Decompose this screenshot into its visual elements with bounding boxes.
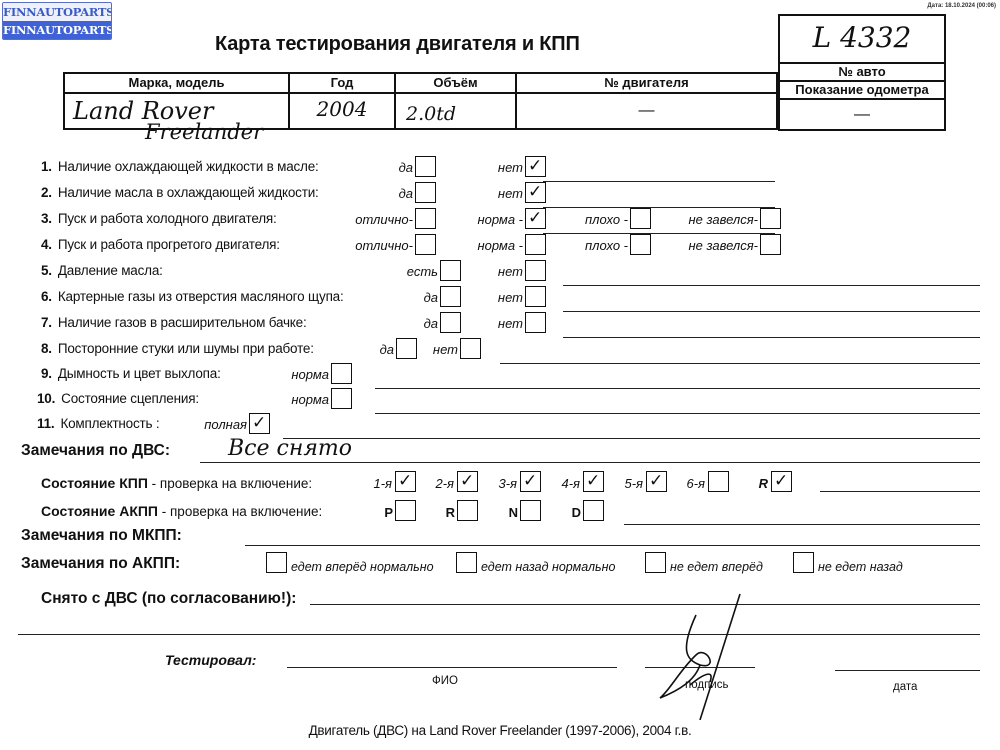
- checklist-item-label: 7.Наличие газов в расширительном бачке:: [41, 315, 307, 330]
- option-label: не завелся-: [688, 212, 758, 227]
- date-line[interactable]: [835, 670, 980, 671]
- auto-number-box: L 4332 № авто Показание одометра —: [778, 14, 946, 131]
- comment-line[interactable]: [543, 181, 775, 182]
- odometer-value: —: [780, 100, 944, 129]
- option-checkbox[interactable]: [760, 208, 781, 229]
- option-checkbox[interactable]: [630, 234, 651, 255]
- option-label: отлично-: [355, 212, 413, 227]
- option-label: да: [399, 160, 413, 175]
- checklist-item-text: Наличие охлаждающей жидкости в масле:: [58, 159, 319, 174]
- checkmark-icon: ✓: [649, 471, 663, 491]
- option-label: норма -: [477, 238, 523, 253]
- checkmark-icon: ✓: [528, 182, 542, 202]
- option-checkbox[interactable]: [525, 312, 546, 333]
- manual-gearbox-label-rest: - проверка на включение:: [148, 476, 312, 491]
- gear-label: R: [759, 476, 768, 491]
- option-label: да: [424, 290, 438, 305]
- gear-checkbox[interactable]: ✓: [583, 471, 604, 492]
- comment-line[interactable]: [563, 311, 980, 312]
- option-checkbox[interactable]: ✓: [249, 413, 270, 434]
- option-label: нет: [498, 160, 523, 175]
- option-checkbox[interactable]: [331, 388, 352, 409]
- value-model-extra: Freelander: [145, 120, 263, 144]
- gear-label: 4-я: [561, 476, 580, 491]
- akpp-option-checkbox[interactable]: [456, 552, 477, 573]
- auto-number-label: № авто: [780, 64, 944, 82]
- page-title: Карта тестирования двигателя и КПП: [215, 33, 580, 56]
- checkmark-icon: ✓: [586, 471, 600, 491]
- checklist-item-label: 10.Состояние сцепления:: [37, 391, 199, 406]
- option-checkbox[interactable]: [440, 312, 461, 333]
- auto-gearbox-line: [624, 524, 980, 525]
- mkpp-remarks-label: Замечания по МКПП:: [21, 527, 182, 545]
- checklist-item-text: Состояние сцепления:: [61, 391, 199, 406]
- auto-gearbox-label-rest: - проверка на включение:: [158, 504, 322, 519]
- position-label: D: [572, 505, 581, 520]
- checklist-item-number: 10.: [37, 391, 55, 406]
- checklist-item-label: 6.Картерные газы из отверстия масляного …: [41, 289, 344, 304]
- removed-label: Снято с ДВС (по согласованию!):: [41, 590, 296, 608]
- option-label: есть: [407, 264, 438, 279]
- date-caption: дата: [893, 681, 917, 693]
- mkpp-remarks-line[interactable]: [245, 545, 980, 546]
- auto-gearbox-label: Состояние АКПП - проверка на включение:: [41, 503, 322, 519]
- checklist-item-text: Картерные газы из отверстия масляного щу…: [58, 289, 344, 304]
- checkmark-icon: ✓: [460, 471, 474, 491]
- option-checkbox[interactable]: [440, 260, 461, 281]
- comment-line[interactable]: [543, 207, 775, 208]
- option-checkbox[interactable]: [415, 182, 436, 203]
- checklist-item-number: 9.: [41, 366, 52, 381]
- checklist-item-label: 1.Наличие охлаждающей жидкости в масле:: [41, 159, 319, 174]
- value-volume: 2.0td: [396, 94, 517, 130]
- gear-label: 5-я: [624, 476, 643, 491]
- option-checkbox[interactable]: [396, 338, 417, 359]
- option-label: нет: [498, 264, 523, 279]
- comment-line[interactable]: [500, 363, 980, 364]
- option-checkbox[interactable]: [415, 208, 436, 229]
- checklist-item-text: Наличие газов в расширительном бачке:: [58, 315, 307, 330]
- checkmark-icon: ✓: [774, 471, 788, 491]
- gear-checkbox[interactable]: ✓: [395, 471, 416, 492]
- checklist-item-label: 8.Посторонние стуки или шумы при работе:: [41, 341, 314, 356]
- comment-line[interactable]: [375, 388, 980, 389]
- checklist-item-number: 7.: [41, 315, 52, 330]
- position-label: P: [384, 505, 393, 520]
- checkmark-icon: ✓: [252, 413, 266, 433]
- value-year: 2004: [290, 94, 396, 130]
- checklist-item-label: 5.Давление масла:: [41, 263, 163, 278]
- akpp-option-label: едет вперёд нормально: [291, 560, 434, 574]
- option-checkbox[interactable]: [630, 208, 651, 229]
- akpp-option-label: едет назад нормально: [481, 560, 615, 574]
- option-checkbox[interactable]: ✓: [525, 182, 546, 203]
- akpp-option-label: не едет назад: [818, 560, 903, 574]
- option-label: норма: [291, 367, 329, 382]
- engine-remarks-value[interactable]: Все снято: [228, 436, 568, 461]
- option-checkbox[interactable]: ✓: [525, 156, 546, 177]
- position-label: R: [446, 505, 455, 520]
- option-label: да: [424, 316, 438, 331]
- odometer-label: Показание одометра: [780, 82, 944, 100]
- option-checkbox[interactable]: ✓: [525, 208, 546, 229]
- comment-line[interactable]: [375, 413, 980, 414]
- checkmark-icon: ✓: [523, 471, 537, 491]
- akpp-option-checkbox[interactable]: [793, 552, 814, 573]
- option-label: нет: [498, 186, 523, 201]
- checklist-item-number: 1.: [41, 159, 52, 174]
- checklist-item-label: 3.Пуск и работа холодного двигателя:: [41, 211, 277, 226]
- checklist-item-text: Дымность и цвет выхлопа:: [58, 366, 221, 381]
- option-label: норма: [291, 392, 329, 407]
- checkmark-icon: ✓: [528, 156, 542, 176]
- value-engine-number: —: [517, 94, 776, 130]
- checklist-item-label: 9.Дымность и цвет выхлопа:: [41, 366, 221, 381]
- removed-line-2[interactable]: [18, 634, 980, 635]
- gear-label: 6-я: [686, 476, 705, 491]
- checklist-item-text: Наличие масла в охлаждающей жидкости:: [58, 185, 319, 200]
- position-checkbox[interactable]: [583, 500, 604, 521]
- checkmark-icon: ✓: [398, 471, 412, 491]
- page-caption: Двигатель (ДВС) на Land Rover Freelander…: [0, 723, 1000, 738]
- auto-number-value: L 4332: [780, 16, 944, 64]
- checklist-item-number: 5.: [41, 263, 52, 278]
- checklist-item-number: 6.: [41, 289, 52, 304]
- option-checkbox[interactable]: [331, 363, 352, 384]
- tested-by-label: Тестировал:: [165, 652, 256, 668]
- manual-gearbox-line: [820, 491, 980, 492]
- gear-checkbox[interactable]: [708, 471, 729, 492]
- gear-checkbox[interactable]: ✓: [646, 471, 667, 492]
- col-make-model: Марка, модель: [65, 74, 290, 92]
- watermark-line-1: FINNAUTOPARTS: [3, 3, 111, 21]
- checklist-item-text: Посторонние стуки или шумы при работе:: [58, 341, 314, 356]
- comment-line[interactable]: [563, 337, 980, 338]
- option-label: нет: [498, 290, 523, 305]
- col-year: Год: [290, 74, 396, 92]
- checklist-item-number: 3.: [41, 211, 52, 226]
- checklist-item-text: Пуск и работа холодного двигателя:: [58, 211, 277, 226]
- option-label: полная: [204, 417, 247, 432]
- checklist-item-text: Комплектность :: [60, 416, 159, 431]
- position-checkbox[interactable]: [395, 500, 416, 521]
- option-checkbox[interactable]: [525, 260, 546, 281]
- option-checkbox[interactable]: [760, 234, 781, 255]
- watermark-logo: FINNAUTOPARTS FINNAUTOPARTS: [2, 2, 112, 40]
- option-checkbox[interactable]: [525, 286, 546, 307]
- option-checkbox[interactable]: [415, 234, 436, 255]
- checklist-item-label: 11.Комплектность :: [37, 416, 159, 431]
- checklist-item-number: 4.: [41, 237, 52, 252]
- akpp-option-checkbox[interactable]: [645, 552, 666, 573]
- position-checkbox[interactable]: [457, 500, 478, 521]
- option-checkbox[interactable]: [460, 338, 481, 359]
- engine-remarks-label: Замечания по ДВС:: [21, 442, 170, 460]
- manual-gearbox-label-bold: Состояние КПП: [41, 475, 148, 491]
- option-label: не завелся-: [688, 238, 758, 253]
- checklist-item-number: 8.: [41, 341, 52, 356]
- option-checkbox[interactable]: [525, 234, 546, 255]
- col-volume: Объём: [396, 74, 517, 92]
- checklist-item-text: Давление масла:: [58, 263, 163, 278]
- checklist-item-number: 11.: [37, 416, 54, 431]
- option-label: отлично-: [355, 238, 413, 253]
- option-label: плохо -: [585, 212, 628, 227]
- date-stamp: Дата: 18.10.2024 (00:06): [927, 3, 996, 9]
- gear-checkbox[interactable]: ✓: [457, 471, 478, 492]
- comment-line[interactable]: [563, 285, 980, 286]
- checklist-item-label: 2.Наличие масла в охлаждающей жидкости:: [41, 185, 319, 200]
- gear-checkbox[interactable]: ✓: [771, 471, 792, 492]
- watermark-line-2: FINNAUTOPARTS: [3, 21, 111, 40]
- option-label: плохо -: [585, 238, 628, 253]
- position-checkbox[interactable]: [520, 500, 541, 521]
- engine-remarks-line: [200, 462, 980, 463]
- gear-label: 1-я: [373, 476, 392, 491]
- checklist-item-text: Пуск и работа прогретого двигателя:: [58, 237, 280, 252]
- comment-line[interactable]: [543, 233, 775, 234]
- checkmark-icon: ✓: [528, 208, 542, 228]
- position-label: N: [509, 505, 518, 520]
- checklist-item-label: 4.Пуск и работа прогретого двигателя:: [41, 237, 280, 252]
- manual-gearbox-label: Состояние КПП - проверка на включение:: [41, 475, 312, 491]
- option-label: да: [399, 186, 413, 201]
- option-checkbox[interactable]: [440, 286, 461, 307]
- gear-checkbox[interactable]: ✓: [520, 471, 541, 492]
- vehicle-info-header-row: Марка, модель Год Объём № двигателя: [65, 74, 776, 94]
- col-engine-number: № двигателя: [517, 74, 776, 92]
- name-caption: ФИО: [432, 675, 458, 687]
- option-label: нет: [498, 316, 523, 331]
- option-label: да: [380, 342, 394, 357]
- akpp-option-checkbox[interactable]: [266, 552, 287, 573]
- option-checkbox[interactable]: [415, 156, 436, 177]
- gear-label: 2-я: [435, 476, 454, 491]
- gear-label: 3-я: [498, 476, 517, 491]
- akpp-remarks-label-text: Замечания по АКПП:: [21, 555, 180, 573]
- auto-gearbox-label-bold: Состояние АКПП: [41, 503, 158, 519]
- akpp-option-label: не едет вперёд: [670, 560, 763, 574]
- name-line[interactable]: [287, 667, 617, 668]
- option-label: нет: [433, 342, 458, 357]
- signature-mark: [640, 590, 750, 720]
- checklist-item-number: 2.: [41, 185, 52, 200]
- option-label: норма -: [477, 212, 523, 227]
